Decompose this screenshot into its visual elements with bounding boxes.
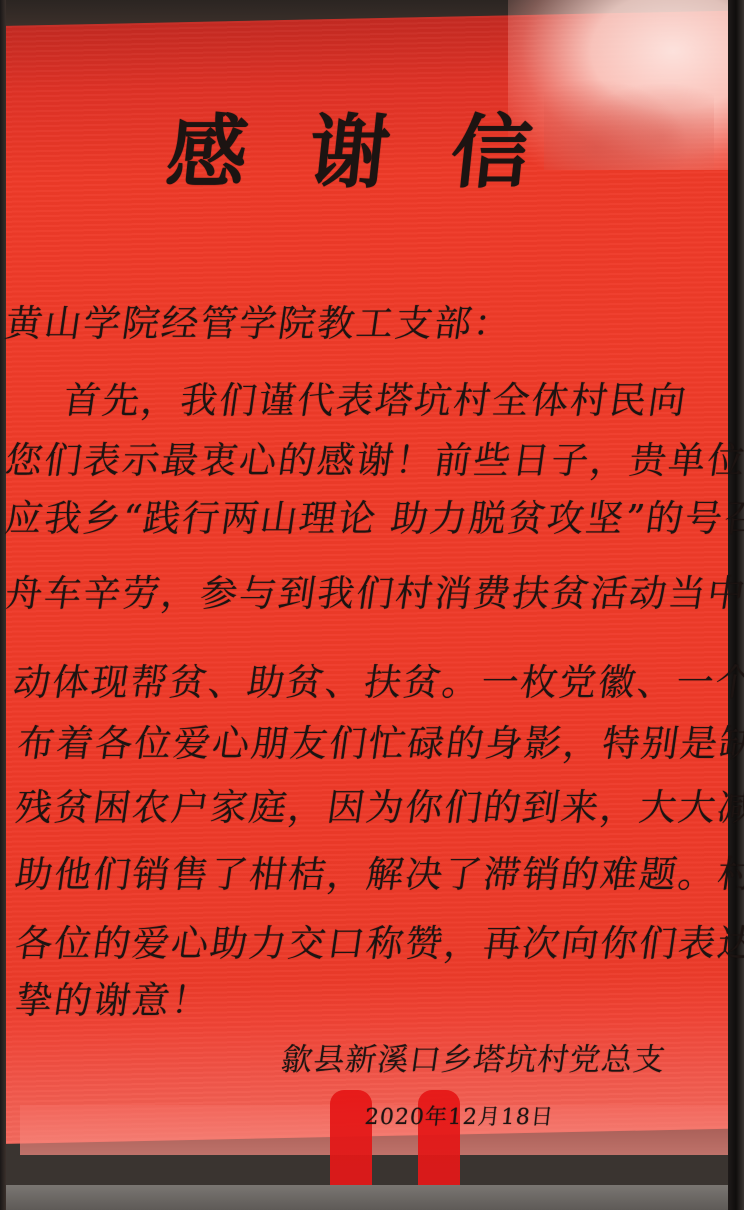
letter-body-line: 动体现帮贫、助贫、扶贫。一枚党徽、一个布袋，满山桔园里，遍	[10, 652, 744, 706]
letter-body-line: 舟车辛劳，参与到我们村消费扶贫活动当中，以实际行	[2, 563, 744, 617]
letter-body-line: 布着各位爱心朋友们忙碌的身影，特别是缺少劳力的老弱病	[14, 713, 744, 767]
floor	[0, 1185, 744, 1210]
letter-body-line: 助他们销售了柑桔，解决了滞销的难题。村民们对	[12, 844, 744, 898]
letter-title: 感谢信	[162, 88, 600, 203]
letter-salutation: 黄山学院经管学院教工支部：	[2, 293, 517, 347]
letter-photo: 感谢信 黄山学院经管学院教工支部： 首先，我们谨代表塔坑村全体村民向 您们表示最…	[0, 0, 744, 1210]
letter-body-line: 您们表示最衷心的感谢！前些日子，贵单位积极响	[2, 430, 744, 484]
letter-body-line: 挚的谢意！	[12, 970, 215, 1024]
letter-date: 2020年12月18日	[363, 1100, 555, 1131]
letter-body-line: 各位的爱心助力交口称赞，再次向你们表达最诚	[12, 913, 744, 967]
letter-body-line: 残贫困农户家庭，因为你们的到来，大大减轻了负担，帮	[12, 777, 744, 831]
letter-signature: 歙县新溪口乡塔坑村党总支	[279, 1034, 669, 1079]
letter-body-line: 首先，我们谨代表塔坑村全体村民向	[60, 370, 692, 424]
letter-body-line: 应我乡“践行两山理论 助力脱贫攻坚”的号召，不辞	[2, 488, 744, 542]
